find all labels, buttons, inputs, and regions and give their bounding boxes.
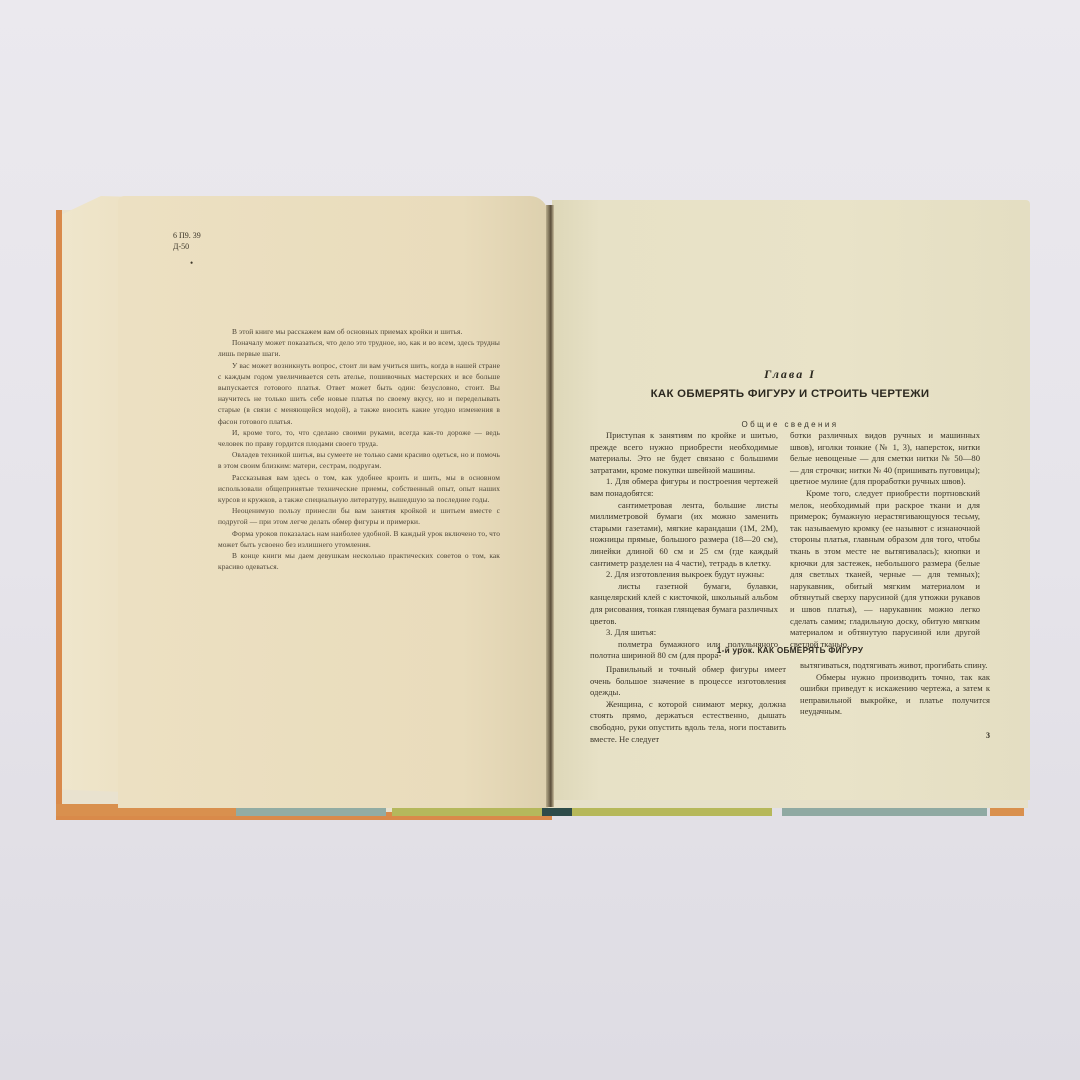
lesson-title: 1-й урок. КАК ОБМЕРЯТЬ ФИГУРУ — [590, 646, 990, 655]
text-column-3: Правильный и точный обмер фигуры имеет о… — [590, 664, 786, 745]
chapter-heading: Глава I КАК ОБМЕРЯТЬ ФИГУРУ И СТРОИТЬ ЧЕ… — [590, 367, 990, 429]
chapter-number: Глава I — [590, 367, 990, 382]
imprint-line-2: Д-50 — [173, 241, 201, 252]
text-column-1: Приступая к занятиям по кройке и шитью, … — [590, 430, 778, 662]
paragraph: 1. Для обмера фигуры и построения чертеж… — [590, 476, 778, 499]
paragraph: Обмеры нужно производить точно, так как … — [800, 672, 990, 718]
preface-text: В этой книге мы расскажем вам об основны… — [218, 326, 500, 572]
paragraph: У вас может возникнуть вопрос, стоит ли … — [218, 360, 500, 427]
paragraph: Приступая к занятиям по кройке и шитью, … — [590, 430, 778, 476]
chapter-title: КАК ОБМЕРЯТЬ ФИГУРУ И СТРОИТЬ ЧЕРТЕЖИ — [590, 388, 990, 400]
paragraph: Неоценимую пользу принесли бы вам заняти… — [218, 505, 500, 527]
imprint-line-1: 6 П9. 39 — [173, 230, 201, 241]
paragraph: Поначалу может показаться, что дело это … — [218, 337, 500, 359]
paragraph: листы газетной бумаги, булавки, канцеляр… — [590, 581, 778, 627]
paragraph: Женщина, с которой снимают мерку, должна… — [590, 699, 786, 745]
page-mark: • — [190, 258, 193, 268]
book-gutter — [546, 205, 554, 807]
paragraph: ботки различных видов ручных и машинных … — [790, 430, 980, 488]
paragraph: Кроме того, следует приобрести портновск… — [790, 488, 980, 650]
imprint: 6 П9. 39 Д-50 — [173, 230, 201, 252]
paragraph: вытягиваться, подтягивать живот, прогиба… — [800, 660, 990, 672]
paragraph: 3. Для шитья: — [590, 627, 778, 639]
paragraph: И, кроме того, то, что сделано своими ру… — [218, 427, 500, 449]
page-number: 3 — [986, 731, 990, 740]
paragraph: Правильный и точный обмер фигуры имеет о… — [590, 664, 786, 699]
text-column-4: вытягиваться, подтягивать живот, прогиба… — [800, 660, 990, 718]
paragraph: 2. Для изготовления выкроек будут нужны: — [590, 569, 778, 581]
paragraph: сантиметровая лента, большие листы милли… — [590, 500, 778, 570]
paragraph: Форма уроков показалась нам наиболее удо… — [218, 528, 500, 550]
paragraph: В конце книги мы даем девушкам несколько… — [218, 550, 500, 572]
paragraph: Рассказывая вам здесь о том, как удобнее… — [218, 472, 500, 506]
text-column-2: ботки различных видов ручных и машинных … — [790, 430, 980, 650]
section-title: Общие сведения — [590, 420, 990, 429]
paragraph: Овладев техникой шитья, вы сумеете не то… — [218, 449, 500, 471]
paragraph: В этой книге мы расскажем вам об основны… — [218, 326, 500, 337]
